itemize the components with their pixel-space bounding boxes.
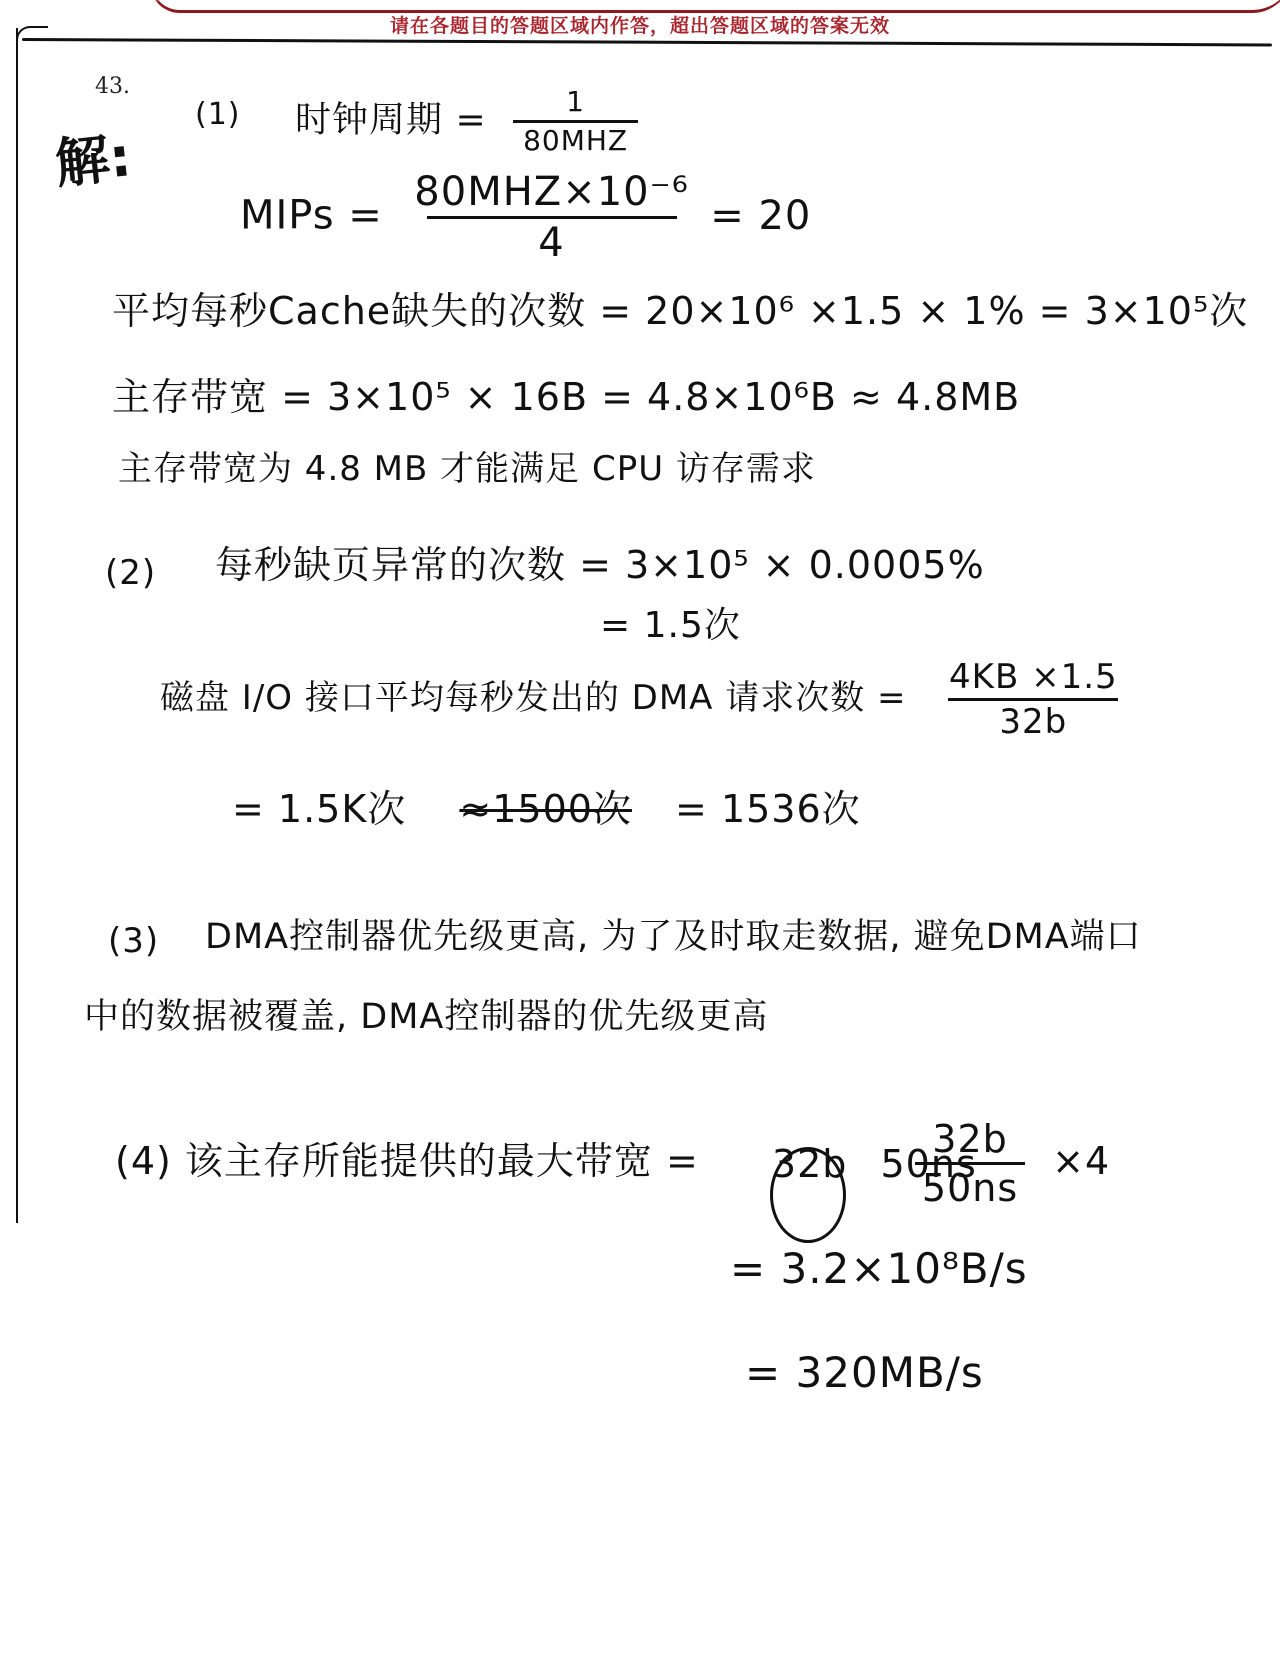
question-number: 43.: [95, 74, 130, 99]
page-fault-result: = 1.5次: [600, 608, 741, 644]
dma-priority-line-2: 中的数据被覆盖, DMA控制器的优先级更高: [84, 1000, 768, 1035]
dma-result-final: = 1536次: [675, 787, 861, 831]
clock-period-fraction: 1 80MHZ: [513, 88, 638, 155]
part-2-label: (2): [105, 556, 156, 590]
dma-request-fraction: 4KB ×1.5 32b: [948, 660, 1118, 739]
dma-priority-line-1: DMA控制器优先级更高, 为了及时取走数据, 避免DMA端口: [205, 920, 1142, 955]
page-fault-count-line: 每秒缺页异常的次数 = 3×10⁵ × 0.0005%: [215, 546, 985, 584]
memory-bandwidth-conclusion: 主存带宽为 4.8 MB 才能满足 CPU 访存需求: [118, 452, 816, 486]
dma-request-count-line: 磁盘 I/O 接口平均每秒发出的 DMA 请求次数 = 4KB ×1.5 32b: [160, 660, 1118, 739]
max-bandwidth-lhs: (4) 该主存所能提供的最大带宽 =: [115, 1139, 699, 1183]
part-3-label: (3): [108, 924, 159, 958]
part-1-clock-period: 时钟周期 = 1 80MHZ: [295, 88, 638, 155]
answer-box-corner: [16, 26, 48, 44]
mips-result: = 20: [710, 193, 811, 239]
max-bandwidth-result-1: = 3.2×10⁸B/s: [730, 1248, 1028, 1290]
mips-fraction: 80MHZ×10⁻⁶ 4: [427, 172, 677, 263]
part-1-mips: MIPs = 80MHZ×10⁻⁶ 4 = 20: [240, 172, 811, 263]
crossed-out-fraction: 32b 50ns: [762, 1145, 882, 1183]
clock-period-lhs: 时钟周期 =: [295, 100, 487, 141]
answer-box-top-border: [22, 38, 1272, 46]
solution-label: 解:: [51, 114, 134, 198]
part-1-label: (1): [195, 100, 241, 130]
dma-request-result: = 1.5K次 ≈1500次 = 1536次: [232, 790, 861, 828]
dma-request-lhs: 磁盘 I/O 接口平均每秒发出的 DMA 请求次数 =: [160, 678, 907, 718]
memory-bandwidth-line: 主存带宽 = 3×10⁵ × 16B = 4.8×10⁶B ≈ 4.8MB: [112, 378, 1020, 416]
max-bandwidth-line: (4) 该主存所能提供的最大带宽 = 32b 50ns 32b 50ns ×4: [115, 1120, 1110, 1207]
max-bandwidth-result-2: = 320MB/s: [745, 1352, 984, 1394]
dma-result-1: = 1.5K次: [232, 787, 406, 831]
answer-box-left-border: [16, 28, 18, 1223]
max-bandwidth-multiplier: ×4: [1052, 1139, 1110, 1183]
cache-miss-count-line: 平均每秒Cache缺失的次数 = 20×10⁶ ×1.5 × 1% = 3×10…: [112, 292, 1248, 330]
dma-result-struck: ≈1500次: [459, 787, 632, 831]
mips-lhs: MIPs =: [240, 193, 383, 239]
answer-area-notice: 请在各题目的答题区域内作答，超出答题区域的答案无效: [0, 11, 1280, 38]
